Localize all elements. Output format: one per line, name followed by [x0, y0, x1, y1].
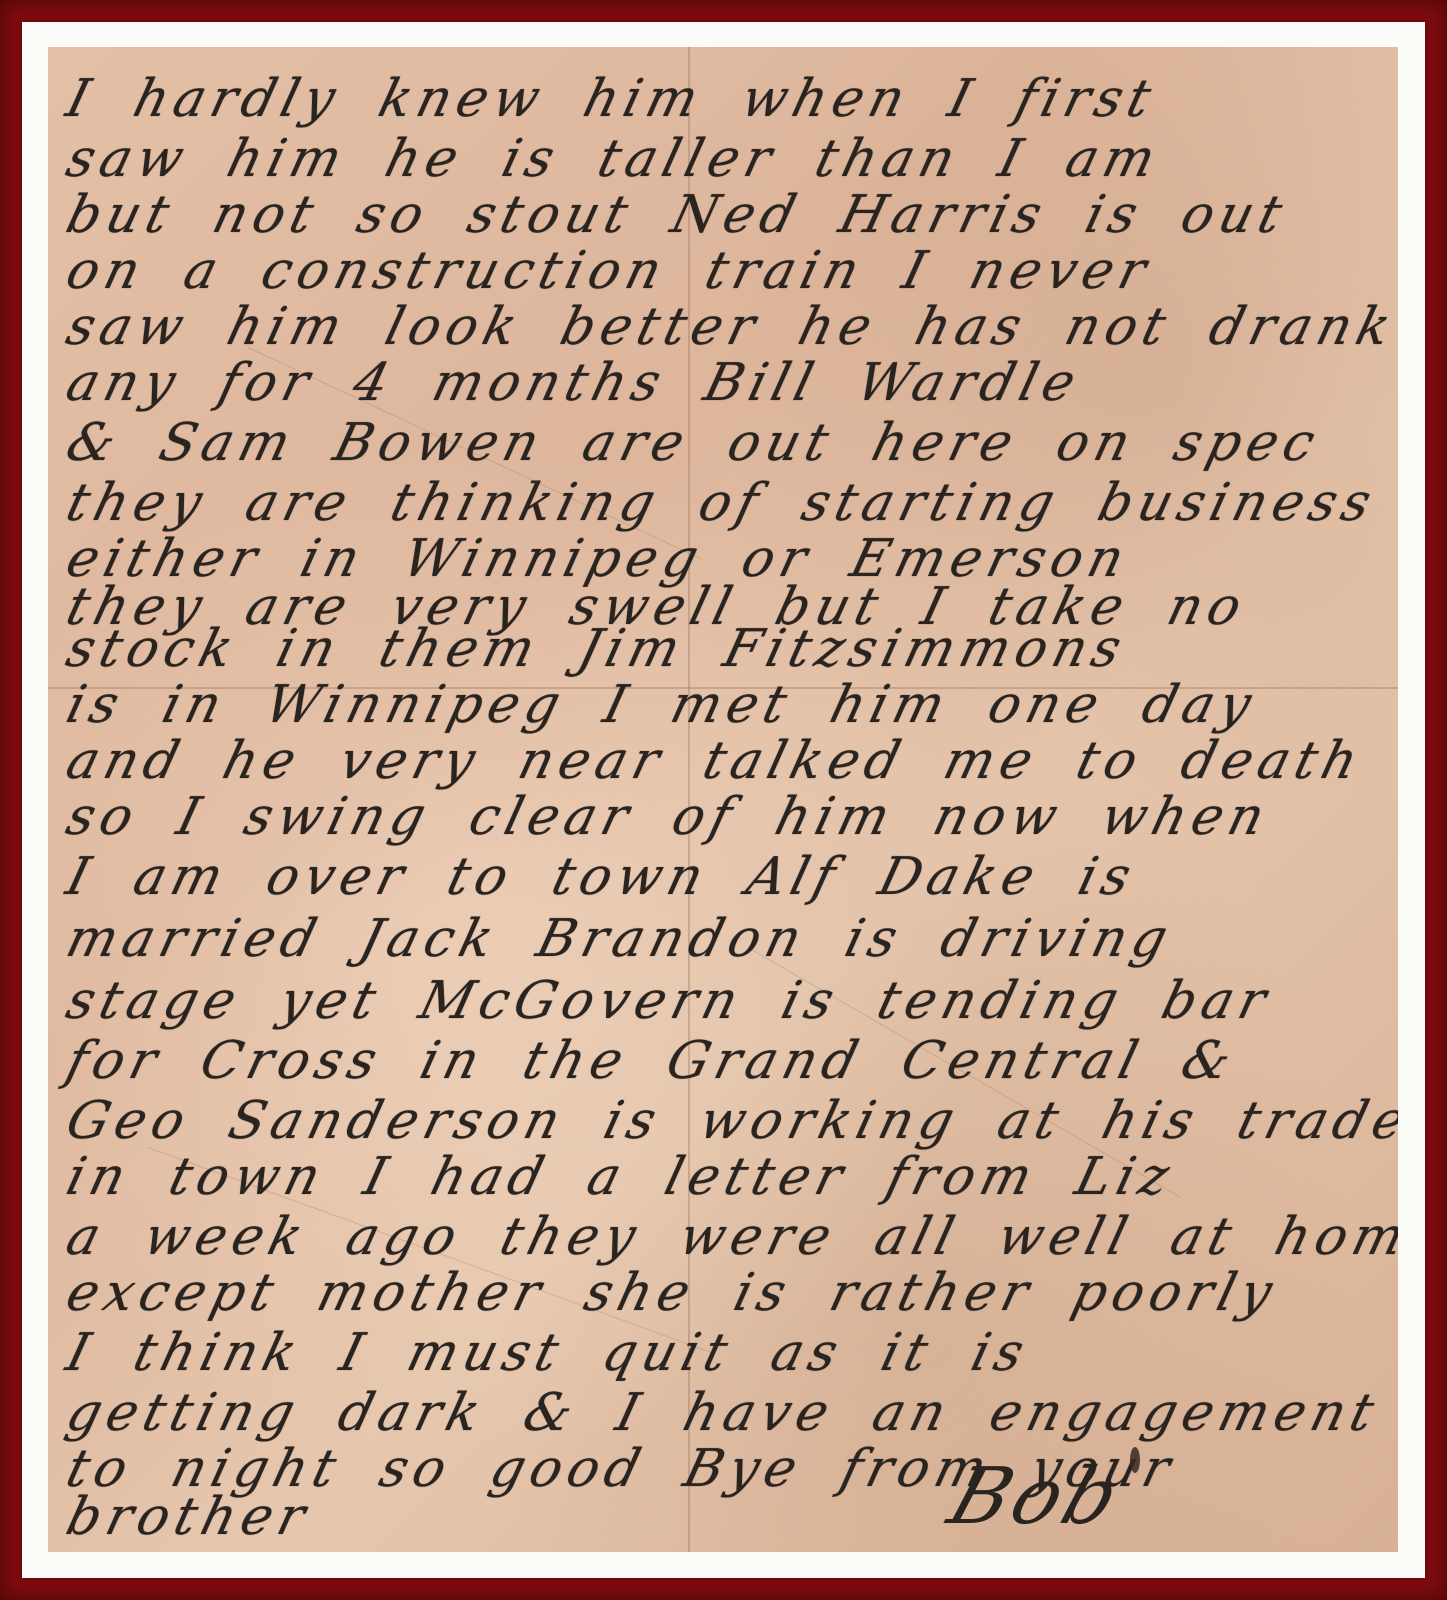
letter-paper: I hardly knew him when I first saw him h… — [48, 47, 1398, 1552]
letter-line: but not so stout Ned Harris is out — [61, 185, 1386, 245]
letter-line: I think I must quit as it is — [61, 1323, 1386, 1383]
letter-line: I hardly knew him when I first — [61, 69, 1386, 129]
letter-line: for Cross in the Grand Central & — [61, 1031, 1386, 1091]
letter-line: on a construction train I never — [61, 241, 1386, 301]
letter-line: getting dark & I have an engagement — [61, 1383, 1386, 1443]
letter-line: except mother she is rather poorly — [61, 1263, 1386, 1323]
letter-line: Geo Sanderson is working at his trade — [61, 1091, 1386, 1151]
letter-body: I hardly knew him when I first saw him h… — [48, 47, 1398, 1552]
letter-line: I am over to town Alf Dake is — [61, 847, 1386, 907]
ink-blot — [1130, 1447, 1140, 1473]
letter-line: is in Winnipeg I met him one day — [61, 675, 1386, 735]
letter-line: stage yet McGovern is tending bar — [61, 971, 1386, 1031]
letter-line: & Sam Bowen are out here on spec — [61, 413, 1386, 473]
letter-line: stock in them Jim Fitzsimmons — [61, 619, 1386, 679]
signature: Bob — [938, 1452, 1133, 1542]
letter-line: so I swing clear of him now when — [61, 787, 1386, 847]
letter-line: married Jack Brandon is driving — [61, 909, 1386, 969]
letter-line: a week ago they were all well at home — [61, 1207, 1386, 1267]
letter-line: any for 4 months Bill Wardle — [61, 353, 1386, 413]
letter-line: in town I had a letter from Liz — [61, 1147, 1386, 1207]
letter-line: saw him look better he has not drank — [61, 297, 1386, 357]
letter-line: brother — [61, 1487, 1386, 1547]
letter-line: they are thinking of starting business — [61, 473, 1386, 533]
letter-line: and he very near talked me to death — [61, 731, 1386, 791]
letter-line: saw him he is taller than I am — [61, 129, 1386, 189]
